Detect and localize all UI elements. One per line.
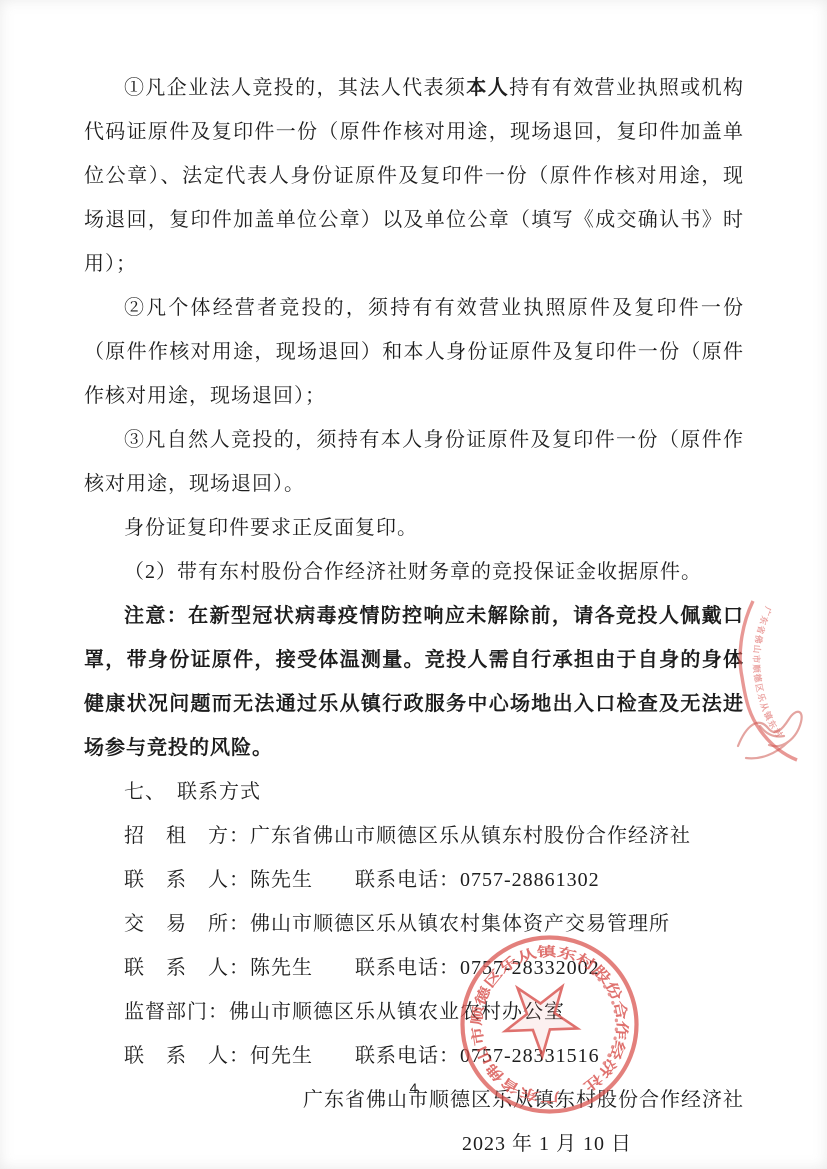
document-date: 2023 年 1 月 10 日 <box>84 1122 744 1166</box>
contact-line-person-2: 联 系 人：陈先生联系电话：0757-28332002 <box>84 946 744 990</box>
seal-rim-arc <box>740 601 797 760</box>
paragraph-covid-notice: 注意：在新型冠状病毒疫情防控响应未解除前，请各竞投人佩戴口罩，带身份证原件，接受… <box>84 594 744 770</box>
phone-group: 联系电话：0757-28332002 <box>355 957 600 979</box>
contact-line-lessor: 招 租 方：广东省佛山市顺德区乐从镇东村股份合作经济社 <box>84 814 744 858</box>
contact-value: 何先生 <box>250 1045 313 1067</box>
emphasized-text: 本人 <box>466 77 509 99</box>
contact-label: 联 系 人： <box>124 957 250 979</box>
contact-label: 联 系 人： <box>124 869 250 891</box>
contact-value: 陈先生 <box>250 869 313 891</box>
phone-number: 0757-28861302 <box>460 869 600 891</box>
phone-number: 0757-28331516 <box>460 1045 600 1067</box>
contact-label: 监督部门： <box>124 1001 229 1023</box>
contact-value: 佛山市顺德区乐从镇农业农村办公室 <box>229 1001 565 1023</box>
contact-value: 佛山市顺德区乐从镇农村集体资产交易管理所 <box>250 913 670 935</box>
document-content: ①凡企业法人竞投的，其法人代表须本人持有有效营业执照或机构代码证原件及复印件一份… <box>84 66 744 1166</box>
phone-group: 联系电话：0757-28331516 <box>355 1045 600 1067</box>
document-page: ①凡企业法人竞投的，其法人代表须本人持有有效营业执照或机构代码证原件及复印件一份… <box>0 0 827 1169</box>
paragraph-text: 持有有效营业执照或机构代码证原件及复印件一份（原件作核对用途，现场退回，复印件加… <box>84 77 744 275</box>
contact-value: 陈先生 <box>250 957 313 979</box>
phone-label: 联系电话： <box>355 957 460 979</box>
contact-line-person-3: 联 系 人：何先生联系电话：0757-28331516 <box>84 1034 744 1078</box>
contact-label: 招 租 方： <box>124 825 250 847</box>
contact-line-supervisor: 监督部门：佛山市顺德区乐从镇农业农村办公室 <box>84 990 744 1034</box>
phone-group: 联系电话：0757-28861302 <box>355 869 600 891</box>
contact-label: 联 系 人： <box>124 1045 250 1067</box>
paragraph-natural-person-bidder: ③凡自然人竞投的，须持有本人身份证原件及复印件一份（原件作核对用途，现场退回）。 <box>84 418 744 506</box>
contact-label: 交 易 所： <box>124 913 250 935</box>
paragraph-individual-business-bidder: ②凡个体经营者竞投的，须持有有效营业执照原件及复印件一份（原件作核对用途，现场退… <box>84 286 744 418</box>
paragraph-id-copy-requirement: 身份证复印件要求正反面复印。 <box>84 506 744 550</box>
seal-signature-scribble <box>738 712 802 759</box>
contact-value: 广东省佛山市顺德区乐从镇东村股份合作经济社 <box>250 825 691 847</box>
paragraph-text: ①凡企业法人竞投的，其法人代表须 <box>124 77 466 99</box>
phone-number: 0757-28332002 <box>460 957 600 979</box>
phone-label: 联系电话： <box>355 869 460 891</box>
paragraph-deposit-receipt: （2）带有东村股份合作经济社财务章的竞投保证金收据原件。 <box>84 550 744 594</box>
contact-line-person-1: 联 系 人：陈先生联系电话：0757-28861302 <box>84 858 744 902</box>
paragraph-enterprise-bidder: ①凡企业法人竞投的，其法人代表须本人持有有效营业执照或机构代码证原件及复印件一份… <box>84 66 744 286</box>
phone-label: 联系电话： <box>355 1045 460 1067</box>
contact-line-exchange: 交 易 所：佛山市顺德区乐从镇农村集体资产交易管理所 <box>84 902 744 946</box>
section-heading-contact: 七、 联系方式 <box>84 770 744 814</box>
page-number: 4 <box>0 1080 827 1096</box>
